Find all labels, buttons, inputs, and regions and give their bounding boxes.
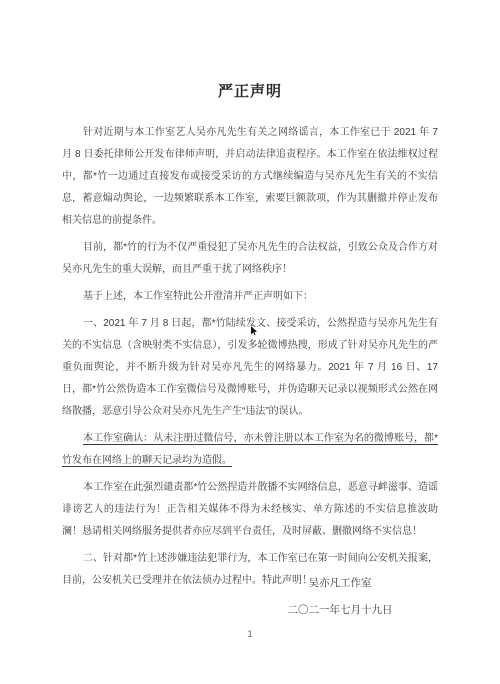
page-number: 1 xyxy=(0,629,500,640)
paragraph: 基于上述，本工作室特此公开澄清并严正声明如下： xyxy=(62,286,438,308)
signature-date: 二〇二一年七月十九日 xyxy=(200,599,480,621)
paragraph: 目前，都*竹的行为不仅严重侵犯了吴亦凡先生的合法权益，引致公众及合作方对吴亦凡先… xyxy=(62,237,438,281)
paragraph: 针对近期与本工作室艺人吴亦凡先生有关之网络谣言，本工作室已于 2021 年 7 … xyxy=(62,122,438,232)
paragraph: 本工作室在此强烈谴责都*竹公然捏造并散播不实网络信息，恶意寻衅滋事、造谣诽谤艺人… xyxy=(62,477,438,543)
document-body: 针对近期与本工作室艺人吴亦凡先生有关之网络谣言，本工作室已于 2021 年 7 … xyxy=(62,122,438,597)
document-page: 严正声明 针对近期与本工作室艺人吴亦凡先生有关之网络谣言，本工作室已于 2021… xyxy=(0,0,500,684)
paragraph: 一、2021 年 7 月 8 日起，都*竹陆续发文、接受采访，公然捏造与吴亦凡先… xyxy=(62,313,438,423)
document-title: 严正声明 xyxy=(0,80,500,101)
paragraph: 本工作室确认：从未注册过微信号，亦未曾注册以本工作室为名的微博账号，都*竹发布在… xyxy=(62,428,438,472)
signature-name: 吴亦凡工作室 xyxy=(200,572,480,594)
signature-block: 吴亦凡工作室 二〇二一年七月十九日 xyxy=(200,572,480,621)
